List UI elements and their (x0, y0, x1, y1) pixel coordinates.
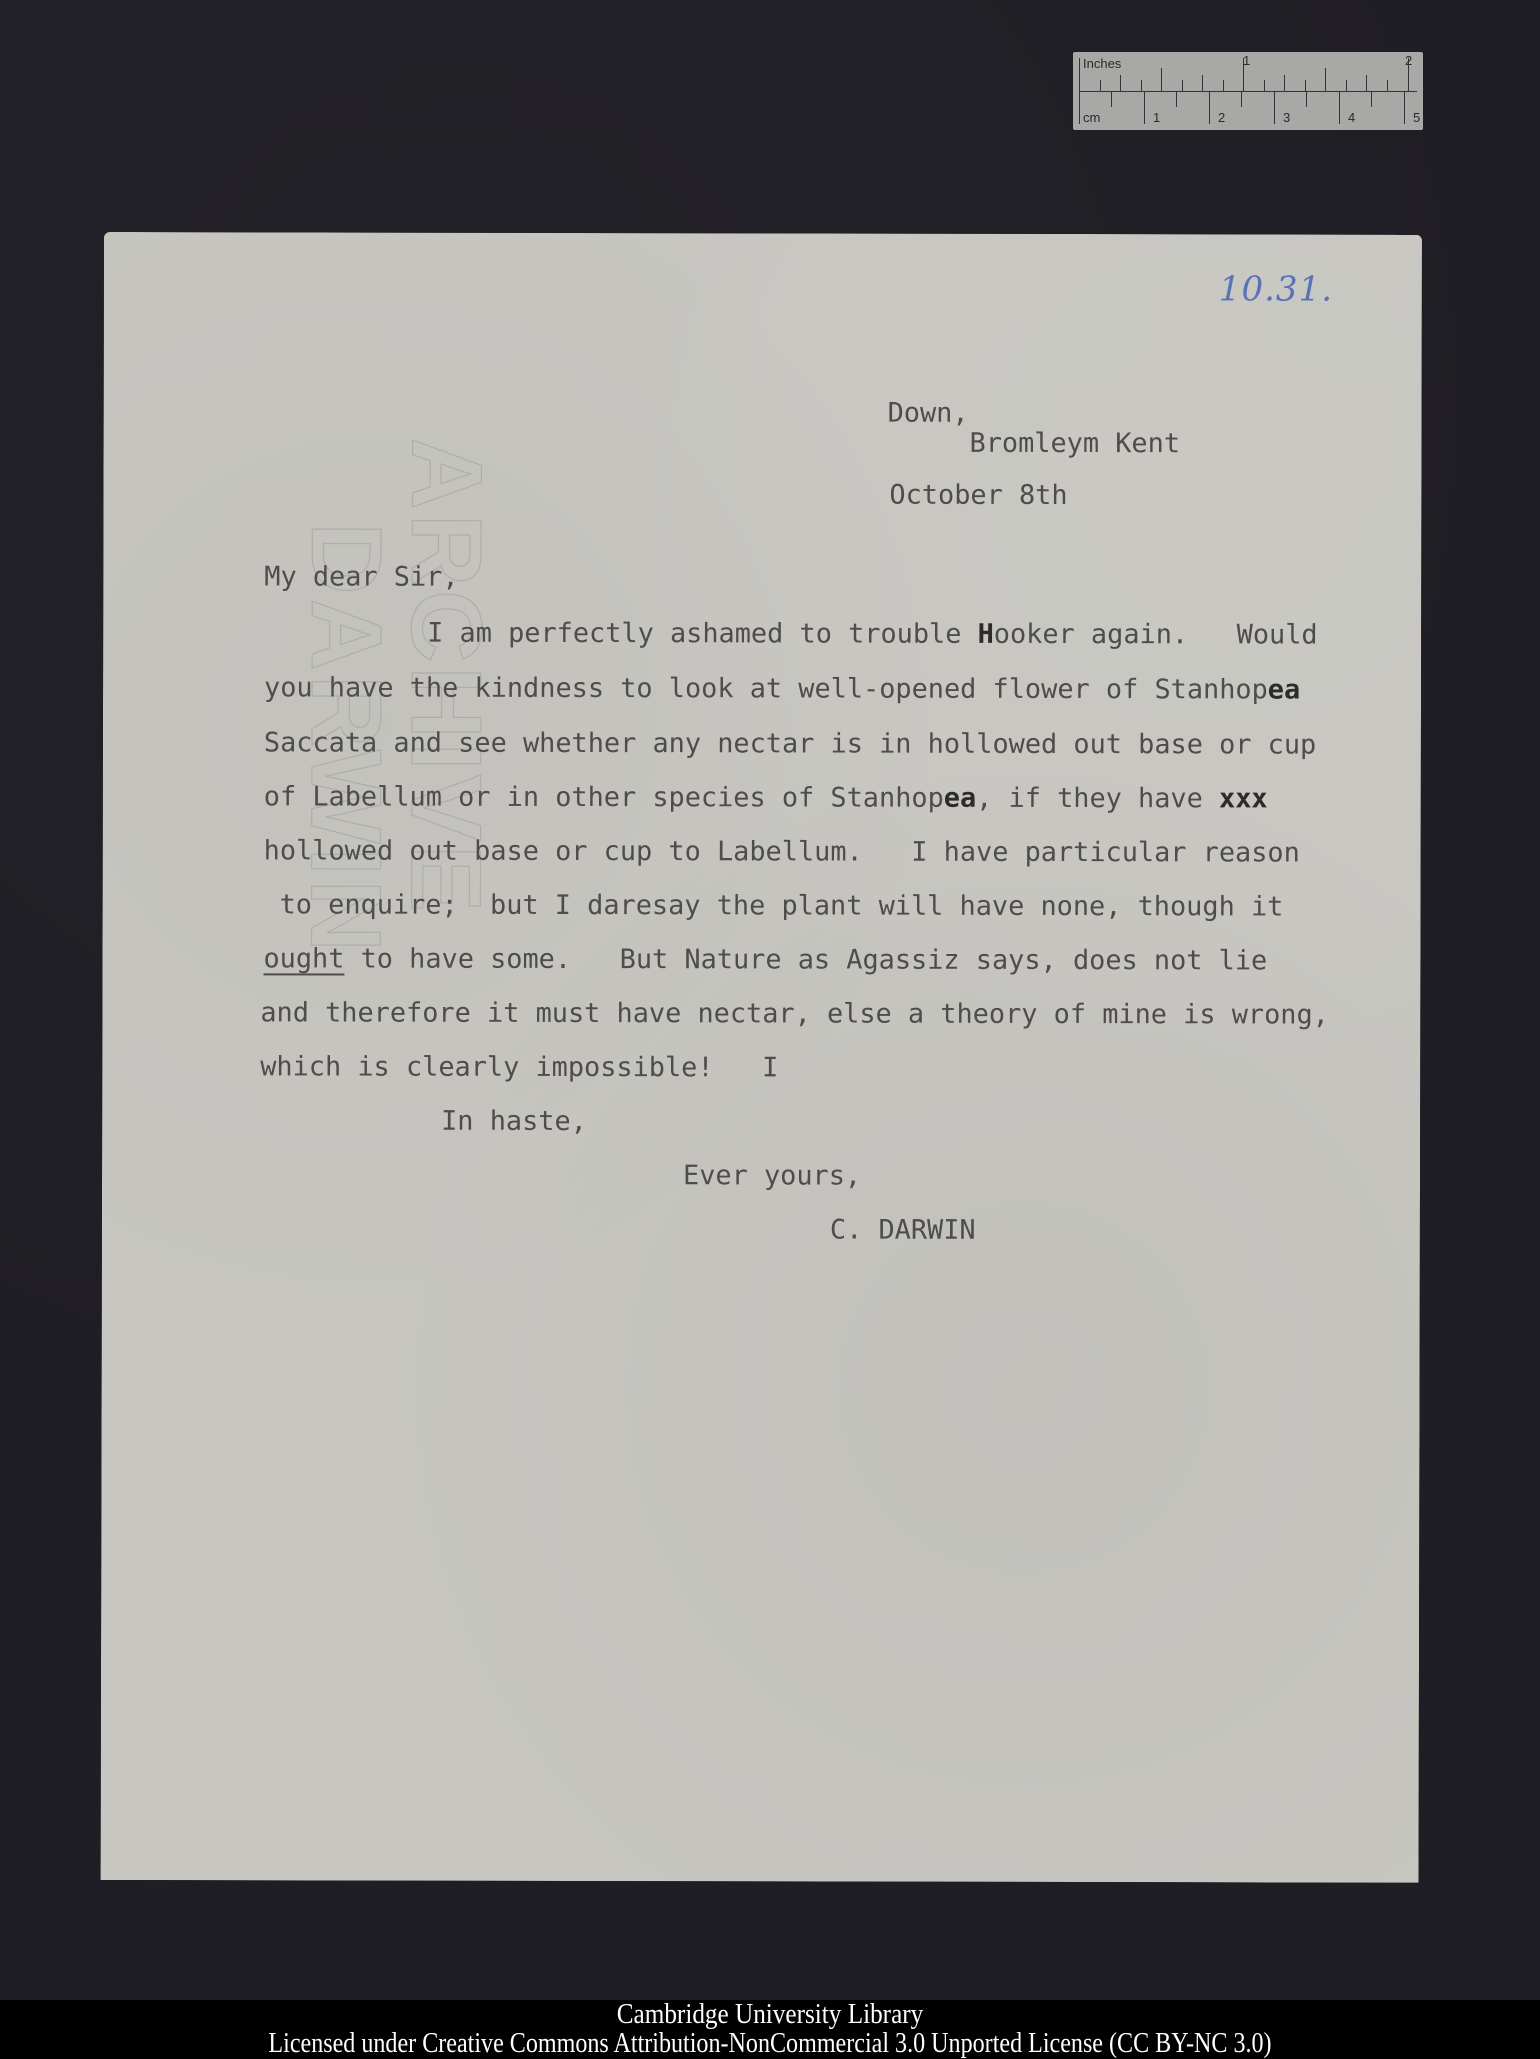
ruler-inches-label: Inches (1083, 56, 1121, 71)
archive-number-handwritten: 10.31. (1219, 269, 1333, 309)
ruler-cm-label: cm (1083, 110, 1100, 125)
salutation: My dear Sir, (264, 562, 458, 592)
ruler-inch-1: 1 (1243, 53, 1250, 68)
closing-ever-yours: Ever yours, (683, 1161, 861, 1191)
ruler-cm-2: 2 (1218, 110, 1225, 125)
body-line-5: hollowed out base or cup to Labellum. I … (264, 836, 1300, 868)
body-line-1: I am perfectly ashamed to trouble Hooker… (427, 619, 1318, 651)
signature: C. DARWIN (830, 1216, 976, 1246)
ruler-cm-3: 3 (1283, 110, 1290, 125)
body-line-2: you have the kindness to look at well-op… (264, 673, 1300, 705)
body-line-3: Saccata and see whether any nectar is in… (264, 728, 1316, 760)
address-line-2: Bromleym Kent (970, 429, 1181, 459)
footer-institution: Cambridge University Library (77, 2000, 1463, 2030)
credit-footer: Cambridge University Library Licensed un… (0, 2000, 1540, 2059)
ruler-axis (1079, 91, 1417, 92)
ruler-cm-4: 4 (1348, 110, 1355, 125)
body-line-6: to enquire; but I daresay the plant will… (280, 890, 1284, 922)
address-line-1: Down, (888, 399, 969, 429)
footer-license: Licensed under Creative Commons Attribut… (108, 2029, 1432, 2059)
body-line-8: and therefore it must have nectar, else … (260, 998, 1329, 1030)
closing-in-haste: In haste, (441, 1107, 587, 1137)
body-line-7: ought to have some. But Nature as Agassi… (263, 944, 1267, 976)
ruler-cm-1: 1 (1153, 110, 1160, 125)
body-line-4: of Labellum or in other species of Stanh… (264, 782, 1268, 814)
body-line-9: which is clearly impossible! I (260, 1052, 778, 1083)
letter-date: October 8th (889, 481, 1067, 511)
ruler-cm-5: 5 (1413, 110, 1420, 125)
scale-ruler: Inches cm 1 2 1 2 3 4 5 (1073, 52, 1423, 130)
letter-page: ARCHIVE DARWIN 10.31. Down, Bromleym Ken… (101, 232, 1422, 1883)
